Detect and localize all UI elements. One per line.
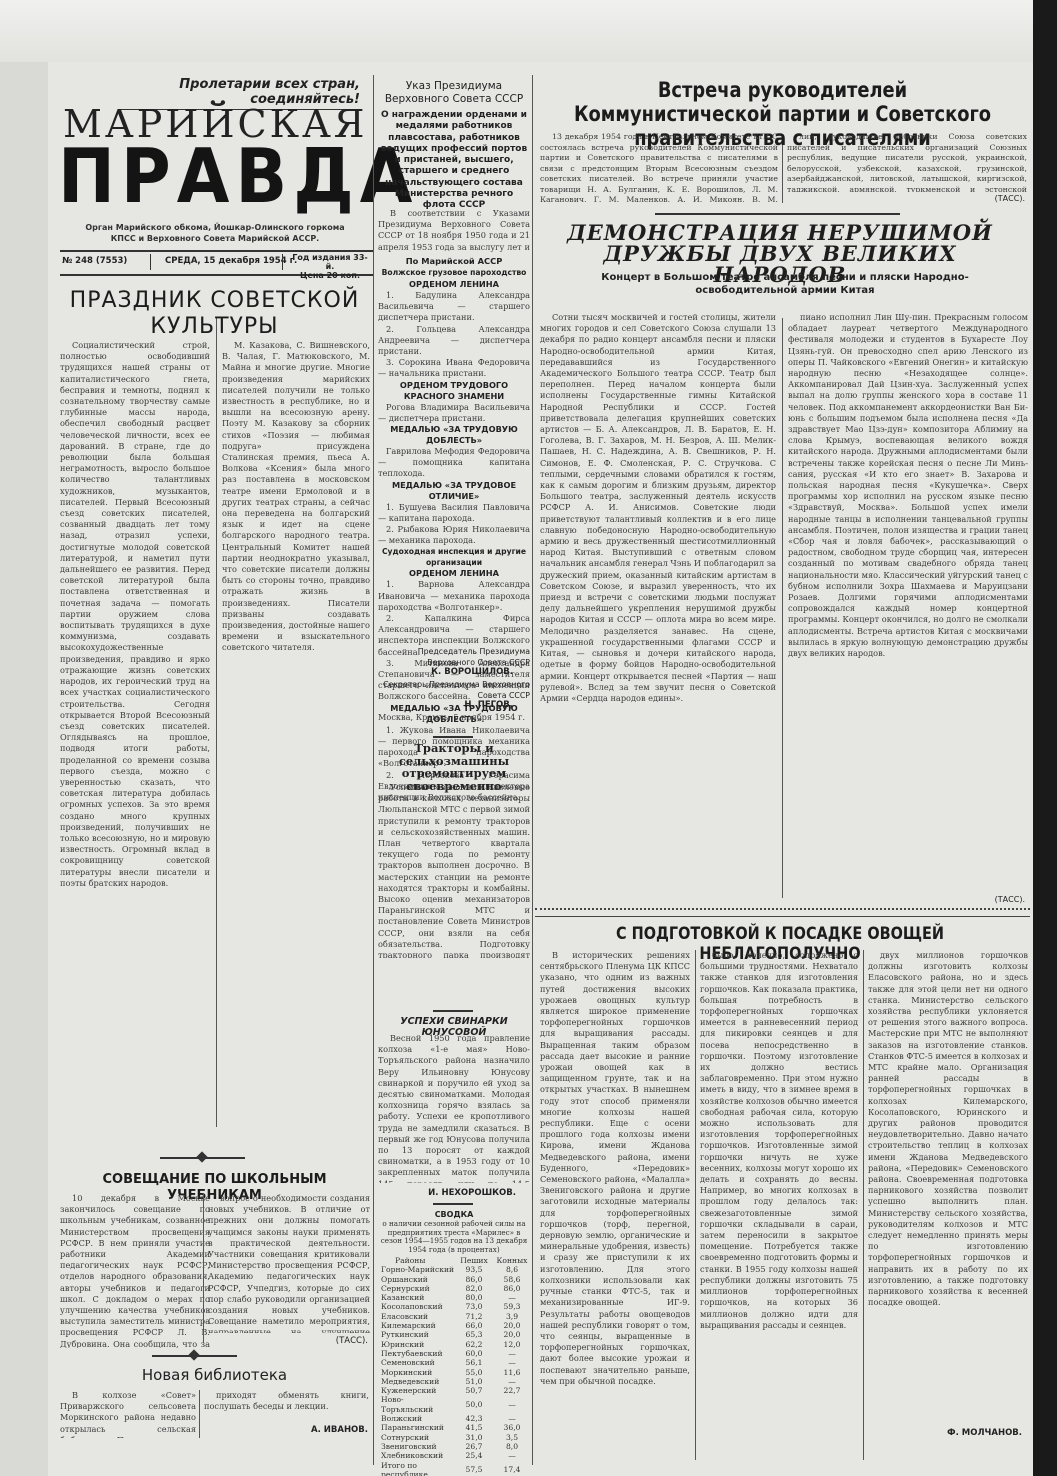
table-row: Пектубаевский60,0— xyxy=(381,1349,531,1358)
decree-sign2-name: Н. ПЕГОВ. xyxy=(378,700,513,710)
library-column-2: приходят обменять книги, послушать бесед… xyxy=(204,1390,369,1420)
column-rule xyxy=(863,950,864,1460)
decree-region: По Марийской АССР xyxy=(378,256,530,267)
table-row: Килемарский66,020,0 xyxy=(381,1321,531,1330)
table-row: Руткинский65,320,0 xyxy=(381,1330,531,1339)
short-divider xyxy=(433,736,473,738)
masthead-title-line2: ПРАВДА xyxy=(58,134,368,222)
award-heading: МЕДАЛЬЮ «ЗА ТРУДОВОЕ ОТЛИЧИЕ» xyxy=(378,480,530,502)
decree-sign2-role: Секретарь Президиума Верховного Совета С… xyxy=(378,679,530,701)
svodka-table: РайоныПешихКонныхГорно-Марийский93,58,6О… xyxy=(381,1256,531,1476)
decree-org1: Волжское грузовое пароходство xyxy=(378,267,530,278)
vegetables-column-3: двух миллионов горшочков должны изготови… xyxy=(868,950,1028,1428)
school-column-2: вопрос о необходимости создания новых уч… xyxy=(208,1193,370,1333)
friendship-column-2: пиано исполнил Лин Шу-пин. Прекрасным го… xyxy=(788,312,1028,892)
scan-top-margin xyxy=(0,0,1057,62)
table-row: Звениговский26,78,0 xyxy=(381,1442,531,1451)
table-row: Моркинский55,011,6 xyxy=(381,1368,531,1377)
library-headline: Новая библиотека xyxy=(62,1366,367,1384)
award-recipient: 2. Гольцева Александра Андреевича — дисп… xyxy=(378,324,530,358)
column-rule xyxy=(532,75,533,1465)
svodka-subtitle: о наличии сезонной рабочей силы на предп… xyxy=(378,1220,530,1254)
column-rule xyxy=(373,75,374,1465)
decree-org2: Судоходная инспекция и другие организаци… xyxy=(378,546,530,568)
column-rule xyxy=(782,318,783,898)
award-recipient: Рогова Владимира Васильевича — диспетчер… xyxy=(378,402,530,424)
column-rule xyxy=(695,950,696,1460)
decree-sign1-name: К. ВОРОШИЛОВ. xyxy=(378,667,513,677)
table-row: Еласовский71,23,9 xyxy=(381,1312,531,1321)
column-rule xyxy=(216,317,217,1127)
masthead-organ: Орган Марийского обкома, Йошкар-Олинског… xyxy=(80,222,350,244)
decree-place-date: Москва, Кремль. 5 ноября 1954 г. xyxy=(378,712,530,723)
table-row: Хлебниковский25,4— xyxy=(381,1451,531,1460)
section-divider xyxy=(655,213,900,215)
issue-number: № 248 (7553) xyxy=(62,256,127,266)
wavy-divider xyxy=(535,908,1030,917)
table-row: Ново-Торъяльский50,0— xyxy=(381,1395,531,1414)
column-rule xyxy=(203,1193,204,1343)
school-source: (ТАСС). xyxy=(280,1336,368,1346)
decree-heading: Указ Президиума Верховного Совета СССР xyxy=(378,80,530,106)
table-row: Итого по республике57,517,4 xyxy=(381,1461,531,1476)
issue-info-bar: № 248 (7553) СРЕДА, 15 декабря 1954 г. Г… xyxy=(60,250,373,276)
culture-headline: ПРАЗДНИК СОВЕТСКОЙ КУЛЬТУРЫ xyxy=(62,288,367,340)
meeting-column-2: лин, руководящие работники Союза советск… xyxy=(787,132,1027,192)
decree-intro: В соответствии с Указами Президиума Верх… xyxy=(378,208,530,254)
award-recipient: 1. Бадулина Александра Васильевича — ста… xyxy=(378,290,530,324)
decree-sign1-role: Председатель Президиума Верховного Совет… xyxy=(378,646,530,668)
vegetables-column-2: было, конечно, сопряжено с большими труд… xyxy=(700,950,858,1465)
column-rule xyxy=(199,1390,200,1438)
table-row: Куженерский50,722,7 xyxy=(381,1386,531,1395)
meeting-column-1: 13 декабря 1954 года в Центральном Комит… xyxy=(540,132,778,202)
table-row: Оршанский86,058,6 xyxy=(381,1275,531,1284)
friendship-source: (ТАСС). xyxy=(900,895,1025,904)
issue-date: СРЕДА, 15 декабря 1954 г. xyxy=(165,256,297,266)
table-row: Медведевский51,0— xyxy=(381,1377,531,1386)
short-divider xyxy=(433,1010,473,1012)
award-heading: ОРДЕНОМ ЛЕНИНА xyxy=(378,568,530,579)
award-recipient: 3. Сорокина Ивана Федоровича — начальник… xyxy=(378,357,530,379)
culture-column-1: Социалистический строй, полностью освобо… xyxy=(60,340,210,1130)
table-row: Сернурский82,086,0 xyxy=(381,1284,531,1293)
issue-year-price: Год издания 33-й. Цена 20 коп. xyxy=(290,253,370,280)
friendship-subheadline: Концерт в Большом театре ансамбля песни … xyxy=(600,271,970,297)
award-recipient: 1. Бушуева Василия Павловича — капитана … xyxy=(378,502,530,524)
award-heading: ОРДЕНОМ ЛЕНИНА xyxy=(378,279,530,290)
pigs-author: И. НЕХОРОШКОВ. xyxy=(378,1188,516,1198)
friendship-column-1: Сотни тысяч москвичей и гостей столицы, … xyxy=(540,312,776,904)
vegetables-column-1: В исторических решениях сентябрьского Пл… xyxy=(540,950,690,1465)
award-recipient: Гаврилова Мефодия Федоровича — помощника… xyxy=(378,446,530,480)
library-column-1: В колхозе «Совет» Приваржского сельсовет… xyxy=(60,1390,196,1438)
table-row: Волжский42,3— xyxy=(381,1414,531,1423)
award-heading: МЕДАЛЬЮ «ЗА ТРУДОВУЮ ДОБЛЕСТЬ» xyxy=(378,424,530,446)
decree-awards: ОРДЕНОМ ЛЕНИНА1. Бадулина Александра Вас… xyxy=(378,279,530,803)
culture-column-2: М. Казакова, С. Вишневского, В. Чалая, Г… xyxy=(222,340,370,1130)
decree-title: О награждении орденами и медалями работн… xyxy=(378,110,530,212)
table-row: Юринский62,212,0 xyxy=(381,1340,531,1349)
award-recipient: 2. Рыбакова Юрия Николаевича — механика … xyxy=(378,524,530,546)
pigs-text: Весной 1950 года правление колхоза «1-е … xyxy=(378,1033,530,1183)
table-row: Параньгинский41,536,0 xyxy=(381,1423,531,1432)
table-row: Горно-Марийский93,58,6 xyxy=(381,1265,531,1274)
award-recipient: 1. Варнова Александра Ивановича — механи… xyxy=(378,579,530,613)
table-row: Семеновский56,1— xyxy=(381,1358,531,1367)
vegetables-author: Ф. МОЛЧАНОВ. xyxy=(930,1428,1022,1438)
table-header-row: РайоныПешихКонных xyxy=(381,1256,531,1265)
short-divider xyxy=(433,1203,473,1205)
meeting-source: (ТАСС). xyxy=(900,194,1025,203)
tractors-text: Успешно закончив полевые работы в колхоз… xyxy=(378,782,530,958)
table-row: Сотнурский31,03,5 xyxy=(381,1433,531,1442)
table-row: Косолаповский73,059,3 xyxy=(381,1302,531,1311)
award-heading: ОРДЕНОМ ТРУДОВОГО КРАСНОГО ЗНАМЕНИ xyxy=(378,380,530,402)
table-row: Казанский80,0— xyxy=(381,1293,531,1302)
scan-right-edge xyxy=(1033,0,1057,1476)
library-author: А. ИВАНОВ. xyxy=(270,1425,368,1435)
school-column-1: 10 декабря в Москве закончилось совещани… xyxy=(60,1193,210,1348)
